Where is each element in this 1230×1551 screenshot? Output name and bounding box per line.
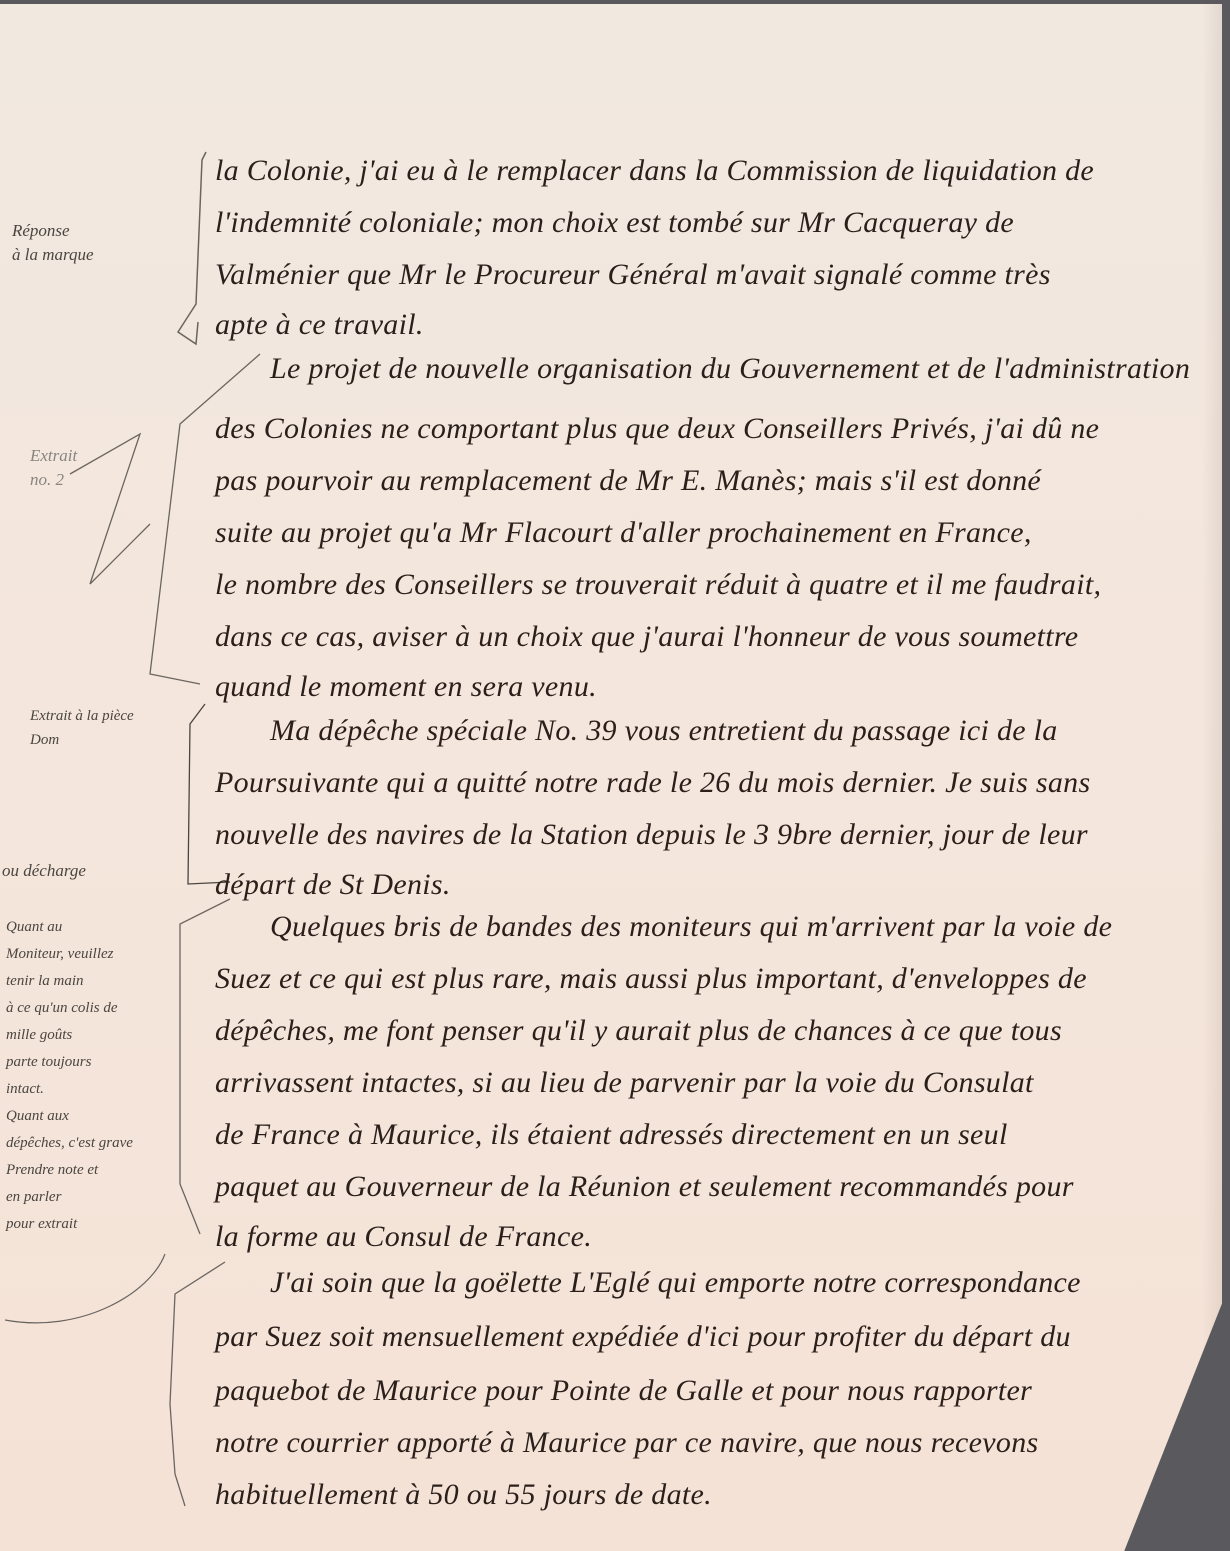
text-line: dans ce cas, aviser à un choix que j'aur… bbox=[215, 620, 1078, 654]
text-line: le nombre des Conseillers se trouverait … bbox=[215, 568, 1101, 602]
text-line: Suez et ce qui est plus rare, mais aussi… bbox=[215, 962, 1087, 996]
text-line: quand le moment en sera venu. bbox=[215, 670, 597, 704]
text-line: Le projet de nouvelle organisation du Go… bbox=[215, 352, 1190, 386]
margin-note-decharge: ou décharge bbox=[2, 859, 86, 883]
text-line: dépêches, me font penser qu'il y aurait … bbox=[215, 1014, 1062, 1048]
text-line: Valménier que Mr le Procureur Général m'… bbox=[215, 258, 1051, 292]
margin-annotations: Réponse à la marque Extrait no. 2 Extrai… bbox=[0, 4, 200, 1551]
text-line: la Colonie, j'ai eu à le remplacer dans … bbox=[215, 154, 1094, 188]
text-line: Quelques bris de bandes des moniteurs qu… bbox=[215, 910, 1112, 944]
margin-note-extrait-piece: Extrait à la pièce Dom bbox=[30, 704, 134, 752]
text-line: par Suez soit mensuellement expédiée d'i… bbox=[215, 1320, 1071, 1354]
text-line: Poursuivante qui a quitté notre rade le … bbox=[215, 766, 1090, 800]
margin-note-reponse: Réponse à la marque bbox=[12, 219, 94, 267]
text-line: suite au projet qu'a Mr Flacourt d'aller… bbox=[215, 516, 1032, 550]
margin-note-extrait: Extrait no. 2 bbox=[30, 444, 77, 492]
text-line: paquet au Gouverneur de la Réunion et se… bbox=[215, 1170, 1074, 1204]
text-line: arrivassent intactes, si au lieu de parv… bbox=[215, 1066, 1034, 1100]
text-line: la forme au Consul de France. bbox=[215, 1220, 592, 1254]
text-line: nouvelle des navires de la Station depui… bbox=[215, 818, 1088, 852]
letter-page: Réponse à la marque Extrait no. 2 Extrai… bbox=[0, 4, 1222, 1551]
margin-note-moniteur: Quant au Moniteur, veuillez tenir la mai… bbox=[6, 914, 133, 1238]
text-line: des Colonies ne comportant plus que deux… bbox=[215, 412, 1099, 446]
text-line: Ma dépêche spéciale No. 39 vous entretie… bbox=[215, 714, 1058, 748]
text-line: pas pourvoir au remplacement de Mr E. Ma… bbox=[215, 464, 1041, 498]
text-line: notre courrier apporté à Maurice par ce … bbox=[215, 1426, 1038, 1460]
text-line: l'indemnité coloniale; mon choix est tom… bbox=[215, 206, 1014, 240]
text-line: de France à Maurice, ils étaient adressé… bbox=[215, 1118, 1008, 1152]
text-line: paquebot de Maurice pour Pointe de Galle… bbox=[215, 1374, 1032, 1408]
text-line: départ de St Denis. bbox=[215, 868, 451, 902]
text-line: J'ai soin que la goëlette L'Eglé qui emp… bbox=[215, 1266, 1081, 1300]
text-line: habituellement à 50 ou 55 jours de date. bbox=[215, 1478, 712, 1512]
text-line: apte à ce travail. bbox=[215, 308, 424, 342]
